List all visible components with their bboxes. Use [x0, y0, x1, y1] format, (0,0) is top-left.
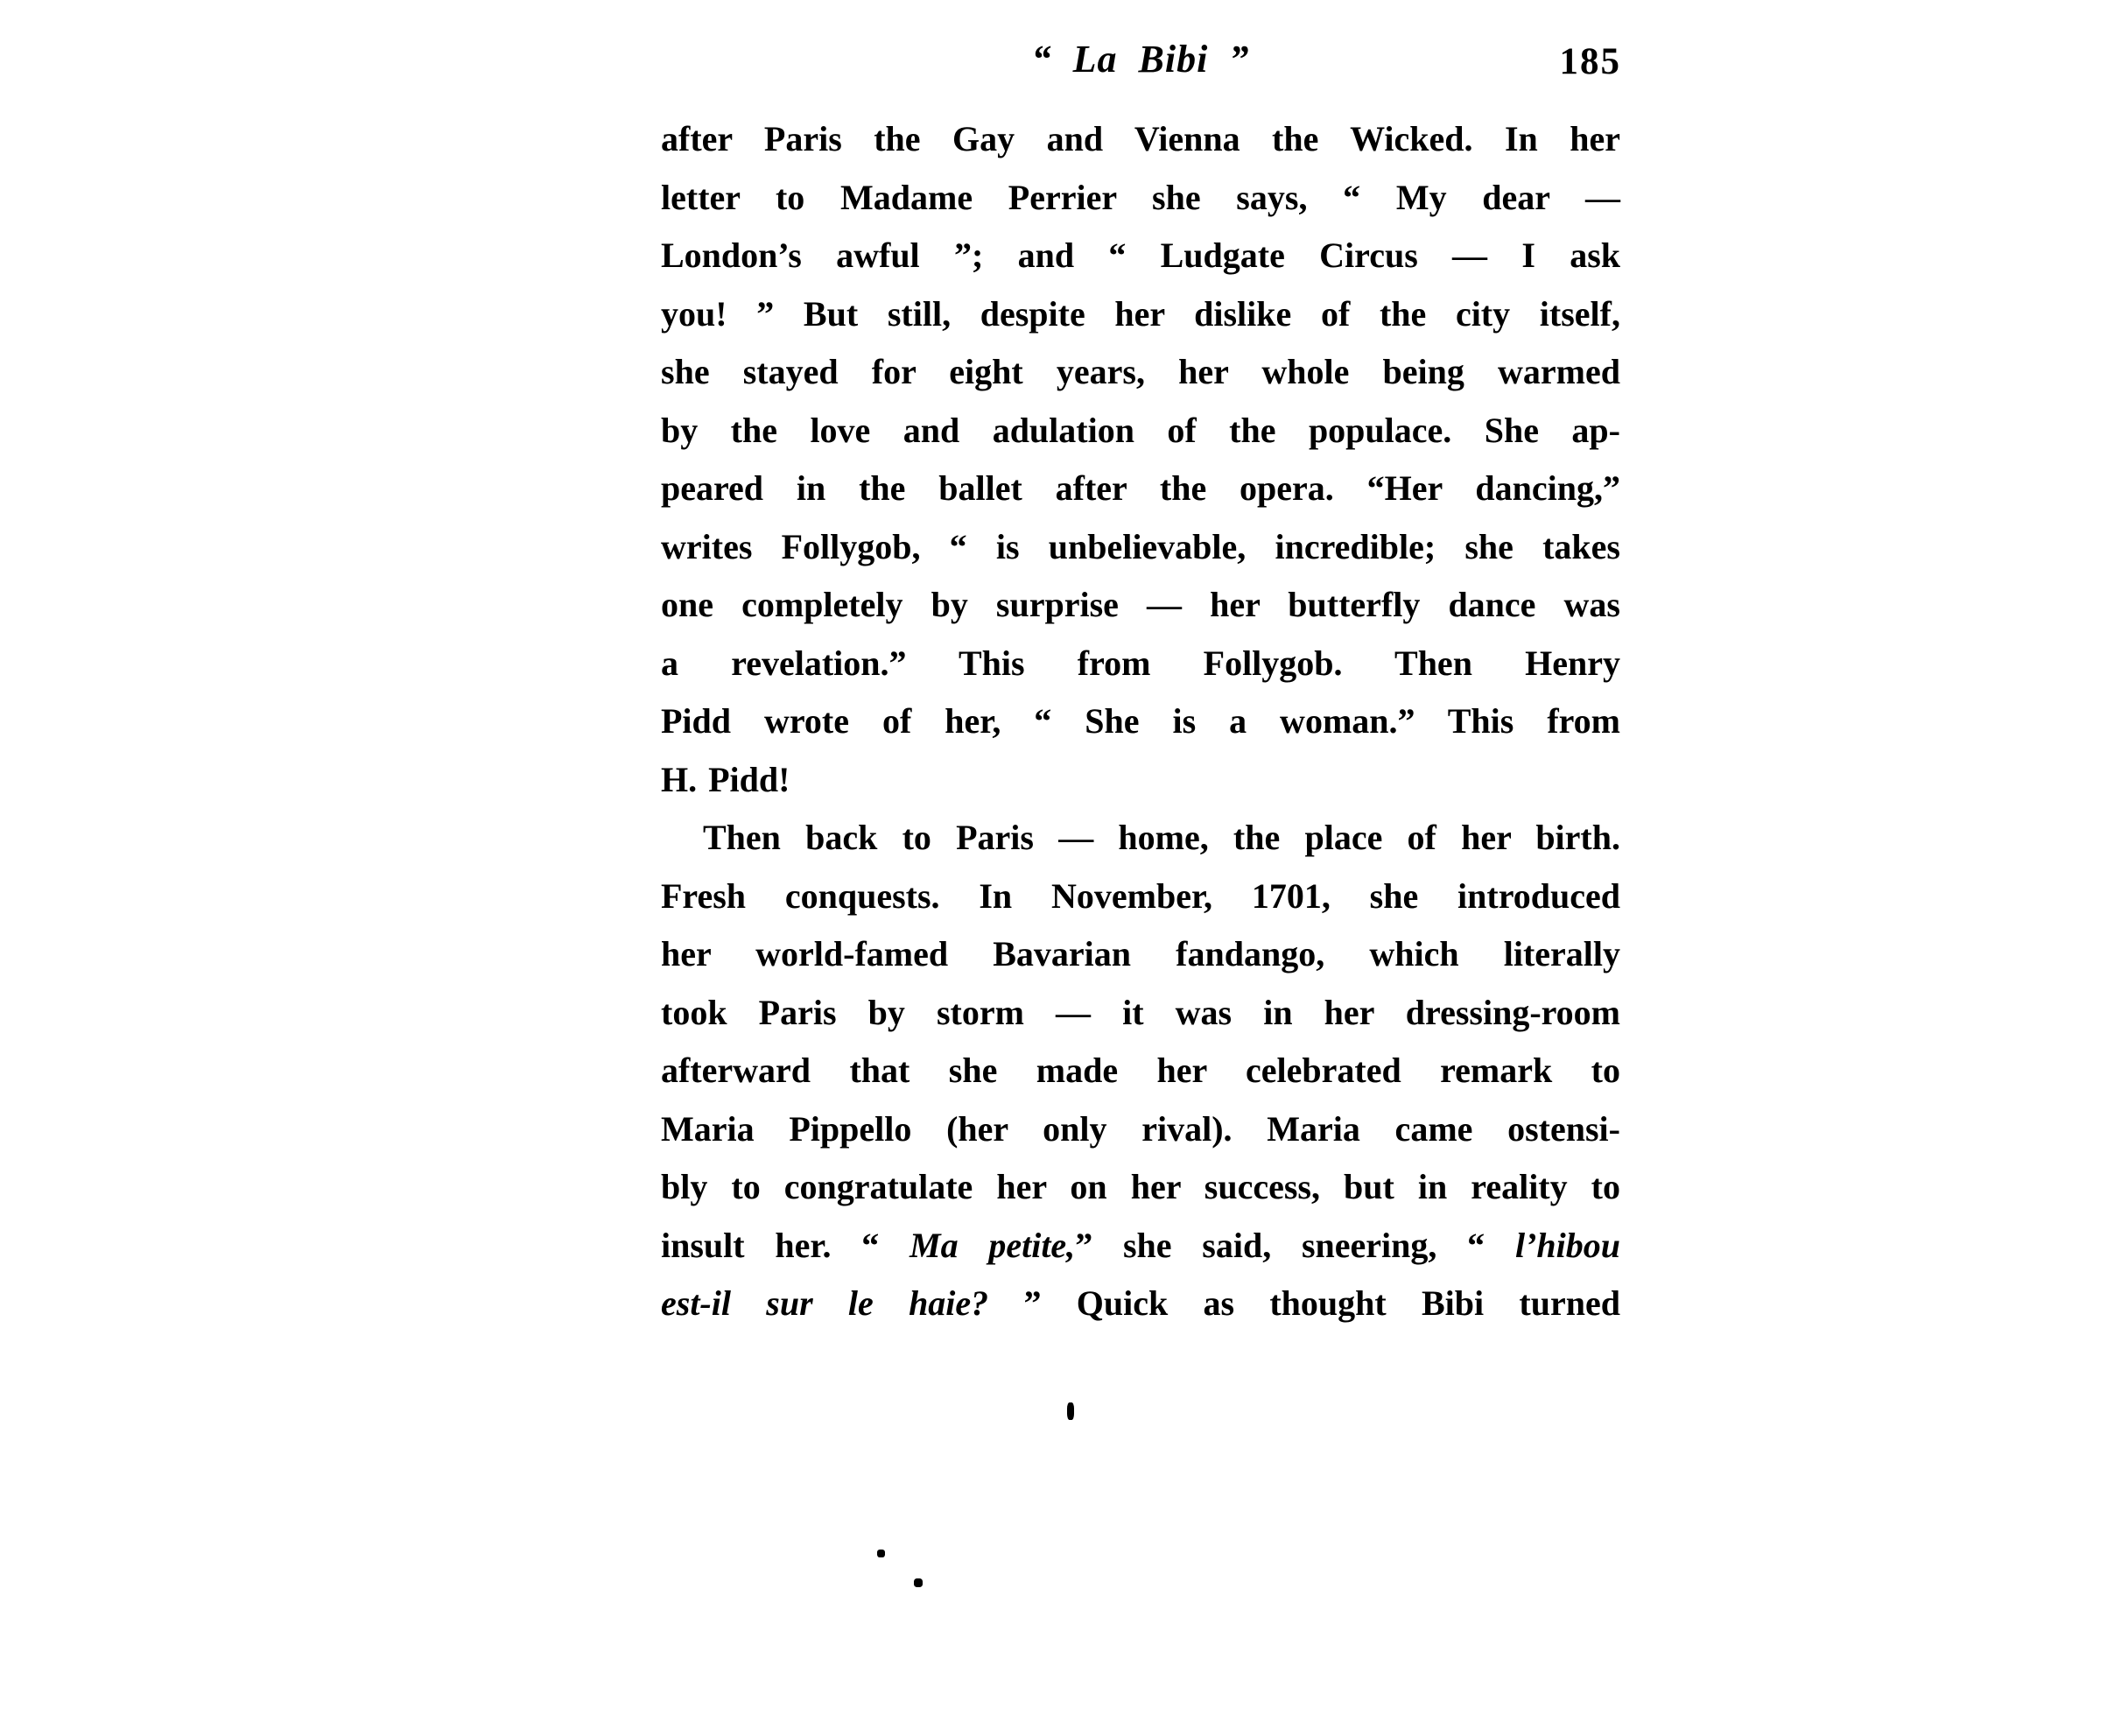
text-segment: afterward that she made her celebrated r… — [661, 1051, 1620, 1090]
italic-text-segment: l’hibou — [1515, 1226, 1620, 1265]
text-segment: Maria Pippello (her only rival). Maria c… — [661, 1109, 1620, 1149]
text-block: after Paris the Gay and Vienna the Wicke… — [661, 110, 1620, 1333]
text-line: she stayed for eight years, her whole be… — [661, 343, 1620, 402]
page-number: 185 — [1488, 40, 1621, 83]
text-line: after Paris the Gay and Vienna the Wicke… — [661, 110, 1620, 169]
text-segment: after Paris the Gay and Vienna the Wicke… — [661, 119, 1620, 158]
text-segment: letter to Madame Perrier she says, “ My … — [661, 178, 1620, 217]
text-line: Pidd wrote of her, “ She is a woman.” Th… — [661, 692, 1620, 751]
text-line: writes Follygob, “ is unbelievable, incr… — [661, 518, 1620, 577]
text-segment: H. Pidd! — [661, 760, 790, 799]
text-line: peared in the ballet after the opera. “H… — [661, 460, 1620, 518]
text-line: a revelation.” This from Follygob. Then … — [661, 635, 1620, 693]
text-segment: took Paris by storm — it was in her dres… — [661, 993, 1620, 1032]
text-line: one completely by surprise — her butterf… — [661, 576, 1620, 635]
text-segment: she stayed for eight years, her whole be… — [661, 352, 1620, 391]
text-segment: by the love and adulation of the populac… — [661, 411, 1620, 450]
text-line: insult her. “ Ma petite,” she said, snee… — [661, 1217, 1620, 1276]
text-segment: Fresh conquests. In November, 1701, she … — [661, 876, 1620, 916]
text-segment: writes Follygob, “ is unbelievable, incr… — [661, 527, 1620, 566]
text-segment: London’s awful ”; and “ Ludgate Circus —… — [661, 235, 1620, 275]
text-segment: peared in the ballet after the opera. “H… — [661, 468, 1620, 508]
text-line: Fresh conquests. In November, 1701, she … — [661, 868, 1620, 926]
ink-speck — [877, 1550, 885, 1557]
text-line: H. Pidd! — [661, 751, 1620, 810]
text-line: you! ” But still, despite her dislike of… — [661, 285, 1620, 344]
text-segment: ” she said, sneering, “ — [1075, 1226, 1515, 1265]
ink-speck — [914, 1578, 923, 1587]
text-line: est-il sur le haie? ” Quick as thought B… — [661, 1275, 1620, 1333]
text-segment: Then back to Paris — home, the place of … — [703, 818, 1620, 857]
text-segment: one completely by surprise — her butterf… — [661, 585, 1620, 624]
text-segment: you! ” But still, despite her dislike of… — [661, 294, 1620, 334]
text-segment: Pidd wrote of her, “ She is a woman.” Th… — [661, 701, 1620, 741]
italic-text-segment: est-il sur le haie? — [661, 1283, 1023, 1323]
text-line: her world-famed Bavarian fandango, which… — [661, 925, 1620, 984]
text-segment: bly to congratulate her on her success, … — [661, 1167, 1620, 1206]
text-segment: insult her. “ — [661, 1226, 910, 1265]
text-line: by the love and adulation of the populac… — [661, 402, 1620, 460]
text-line: London’s awful ”; and “ Ludgate Circus —… — [661, 227, 1620, 285]
text-line: Then back to Paris — home, the place of … — [661, 809, 1620, 868]
text-line: took Paris by storm — it was in her dres… — [661, 984, 1620, 1043]
text-line: letter to Madame Perrier she says, “ My … — [661, 169, 1620, 228]
text-segment: ” Quick as thought Bibi turned — [1023, 1283, 1620, 1323]
ink-speck — [1067, 1402, 1074, 1420]
book-page: “ La Bibi ” 185 after Paris the Gay and … — [0, 0, 2114, 1736]
running-title: “ La Bibi ” — [661, 37, 1620, 81]
text-segment: her world-famed Bavarian fandango, which… — [661, 934, 1620, 973]
text-line: bly to congratulate her on her success, … — [661, 1158, 1620, 1217]
text-line: Maria Pippello (her only rival). Maria c… — [661, 1100, 1620, 1159]
italic-text-segment: Ma petite, — [910, 1226, 1075, 1265]
text-line: afterward that she made her celebrated r… — [661, 1042, 1620, 1100]
text-segment: a revelation.” This from Follygob. Then … — [661, 643, 1620, 683]
